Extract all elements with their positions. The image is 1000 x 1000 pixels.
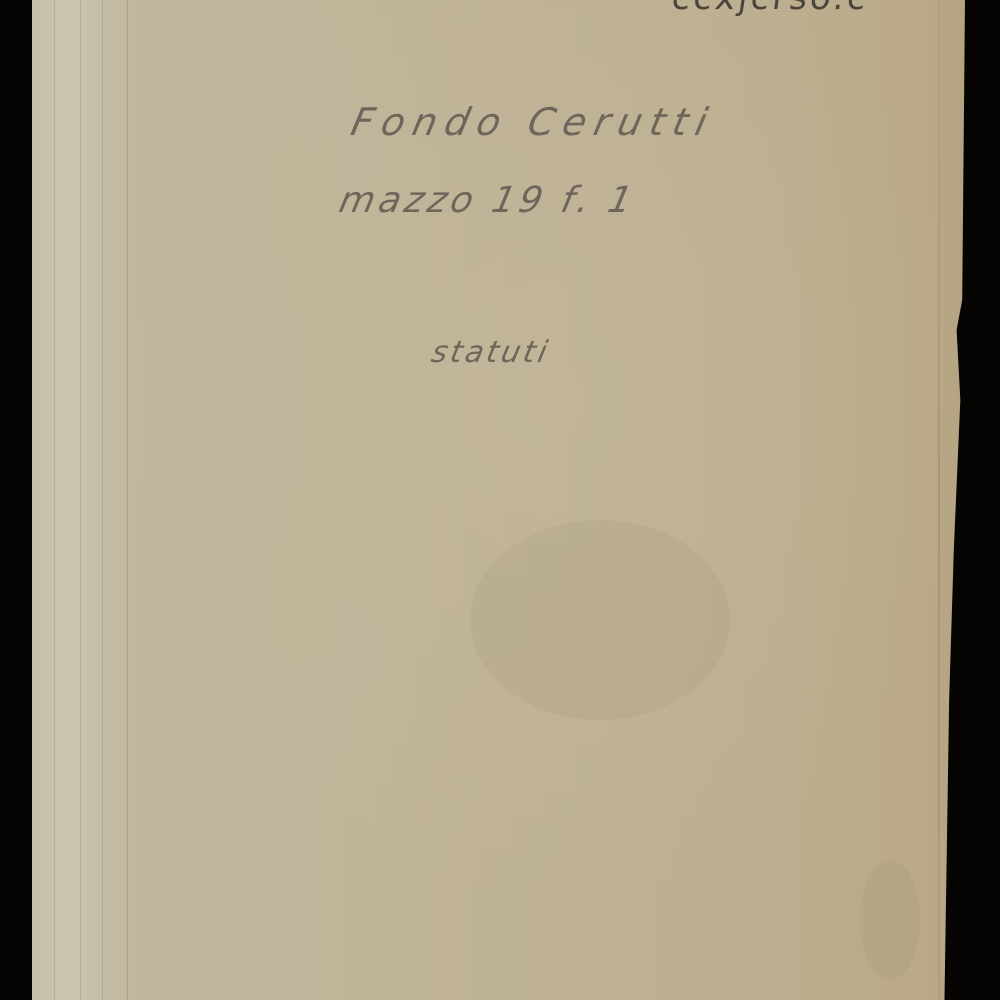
handwritten-subject: statuti	[428, 335, 553, 370]
paper-fold-line	[938, 0, 940, 1000]
top-right-annotation: ccxjcrso.c	[669, 0, 872, 18]
binding-crease	[54, 0, 55, 1000]
paper-stain	[860, 860, 920, 980]
binding-crease	[102, 0, 103, 1000]
paper-sheet	[32, 0, 965, 1000]
scanned-page: ccxjcrso.c Fondo Cerutti mazzo 19 f. 1 s…	[0, 0, 1000, 1000]
binding-crease	[80, 0, 81, 1000]
handwritten-mazzo-reference: mazzo 19 f. 1	[336, 180, 640, 221]
paper-stain	[470, 520, 730, 720]
handwritten-fondo-title: Fondo Cerutti	[347, 100, 719, 144]
binding-strip	[32, 0, 128, 1000]
